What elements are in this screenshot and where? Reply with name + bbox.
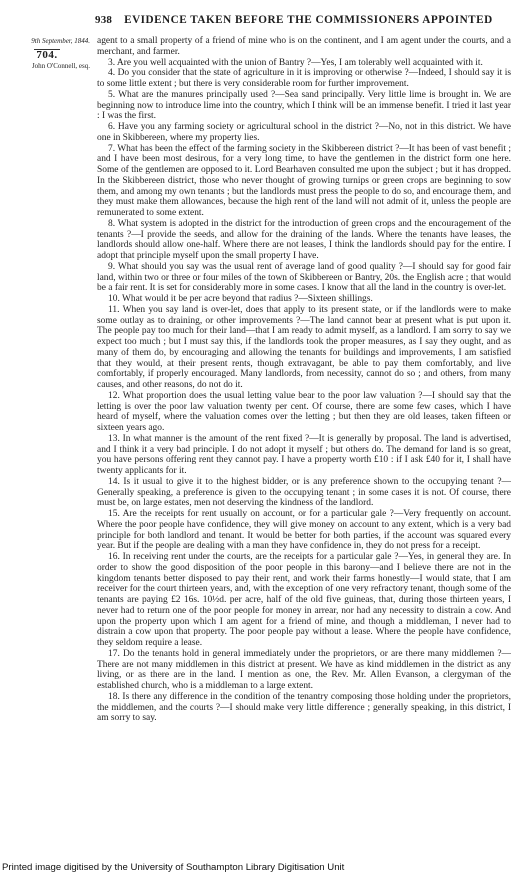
question-7: 7. What has been the effect of the farmi… [97,144,511,219]
question-6: 6. Have you any farming society or agric… [97,122,511,144]
page-header: 938 EVIDENCE TAKEN BEFORE THE COMMISSION… [95,14,515,26]
question-18: 18. Is there any difference in the condi… [97,692,511,724]
witness-name: John O'Connell, esq. [2,61,92,72]
running-title: EVIDENCE TAKEN BEFORE THE COMMISSIONERS … [124,14,493,26]
question-12: 12. What proportion does the usual letti… [97,391,511,434]
margin-notes: 9th September, 1844. 704. John O'Connell… [2,36,92,72]
question-14: 14. Is it usual to give it to the highes… [97,477,511,509]
paragraph-continuation: agent to a small property of a friend of… [97,36,511,58]
question-5: 5. What are the manures principally used… [97,90,511,122]
digitisation-credit: Printed image digitised by the Universit… [2,862,344,873]
question-13: 13. In what manner is the amount of the … [97,434,511,477]
question-3: 3. Are you well acquainted with the unio… [97,58,511,69]
evidence-body: agent to a small property of a friend of… [97,36,511,724]
page-number: 938 [95,14,112,26]
question-11: 11. When you say land is over-let, does … [97,305,511,391]
question-15: 15. Are the receipts for rent usually on… [97,509,511,552]
question-8: 8. What system is adopted in the distric… [97,219,511,262]
question-10: 10. What would it be per acre beyond tha… [97,294,511,305]
witness-number: 704. [2,50,92,61]
question-9: 9. What should you say was the usual ren… [97,262,511,294]
question-4: 4. Do you consider that the state of agr… [97,68,511,90]
question-16: 16. In receiving rent under the courts, … [97,552,511,649]
hearing-date: 9th September, 1844. [2,36,92,47]
question-17: 17. Do the tenants hold in general immed… [97,649,511,692]
